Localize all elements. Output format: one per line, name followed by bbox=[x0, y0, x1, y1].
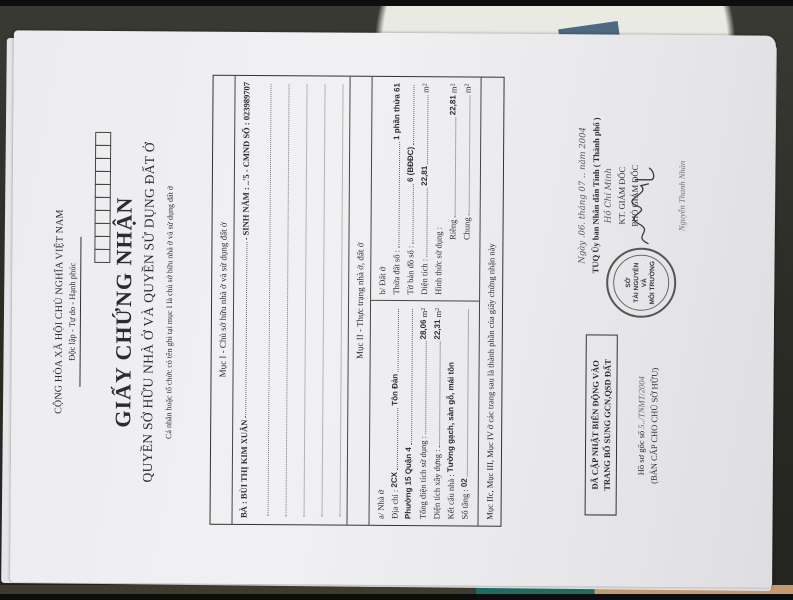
update-status-box: ĐÃ CẬP NHẬT BIẾN ĐỘNG VÀO TRANG BỔ SUNG … bbox=[585, 334, 618, 515]
land-area: 22,81 bbox=[418, 166, 432, 186]
bottom-black-bar bbox=[0, 594, 793, 600]
certificate-title: GIẤY CHỨNG NHẬN bbox=[109, 72, 138, 552]
house-ward-row: Phường 15 Quận 4 bbox=[402, 308, 417, 520]
nation-motto: Độc lập - Tự do - Hạnh phúc bbox=[65, 72, 78, 552]
house-heading: a/ Nhà ở bbox=[374, 307, 389, 519]
owner-name: BÀ : BÙI THỊ KIM XUÂN bbox=[239, 420, 250, 518]
house-total-area-row: Tổng diện tích sử dụng : 28,06 m2 bbox=[416, 308, 431, 520]
serial-box bbox=[95, 132, 111, 146]
dotted-fill bbox=[239, 242, 247, 417]
house-address-number: 2CX bbox=[388, 472, 402, 488]
national-header: CỘNG HÒA XÃ HỘI CHỦ NGHĨA VIỆT NAM Độc l… bbox=[52, 72, 82, 552]
section-2-title: Mục II - Thực trạng nhà ở, đất ở bbox=[347, 77, 372, 525]
serial-box bbox=[95, 197, 111, 211]
blank-line bbox=[323, 85, 344, 517]
certificate-document: CỘNG HÒA XÃ HỘI CHỦ NGHĨA VIỆT NAM Độc l… bbox=[44, 72, 697, 557]
house-build-area-row: Diện tích xây dựng : 22,31 m2 bbox=[430, 308, 445, 520]
house-floors: 02 bbox=[458, 478, 472, 487]
serial-box bbox=[95, 210, 111, 224]
serial-box bbox=[94, 249, 110, 263]
certificate-paper: CỘNG HÒA XÃ HỘI CHỦ NGHĨA VIỆT NAM Độc l… bbox=[10, 30, 776, 587]
section-2: Mục II - Thực trạng nhà ở, đất ở a/ Nhà … bbox=[346, 77, 480, 526]
land-area-row: Diện tích : 22,81 m2 bbox=[417, 83, 432, 295]
archive-number: 5../TNMT/2004 bbox=[636, 376, 646, 429]
section-1-title: Mục I - Chủ sở hữu nhà ở và sử dụng đất … bbox=[210, 76, 235, 524]
header-rule bbox=[79, 237, 81, 387]
land-heading: b/ Đất ở bbox=[375, 83, 390, 295]
serial-box bbox=[94, 223, 110, 237]
owner-birth-year: - SINH NĂM : ..'5 bbox=[240, 174, 250, 240]
serial-box bbox=[95, 158, 111, 172]
land-map-sheet: 6 (BĐĐC) bbox=[404, 147, 418, 182]
house-floors-row: Số tầng : 02 bbox=[458, 308, 473, 520]
section-2-columns: a/ Nhà ở Địa chỉ : 2CX Tôn Đản Phường 15… bbox=[369, 77, 480, 526]
house-address-row: Địa chỉ : 2CX Tôn Đản bbox=[388, 307, 403, 519]
signer-name: Nguyễn Thanh Nhàn bbox=[675, 76, 690, 316]
owner-id-number: - CMND SỐ : 023989707 bbox=[241, 82, 252, 172]
top-black-bar bbox=[0, 0, 793, 6]
nation-name: CỘNG HÒA XÃ HỘI CHỦ NGHĨA VIỆT NAM bbox=[52, 72, 66, 552]
land-private-area: 22,81 bbox=[446, 95, 460, 115]
land-private-row: Riêng 22,81 m2 bbox=[445, 83, 460, 295]
house-street: Tôn Đản bbox=[388, 374, 402, 406]
certificate-intro: Cá nhân hoặc tổ chức có tên ghi tại mục … bbox=[163, 72, 175, 552]
official-stamp-icon: SỞ TÀI NGUYÊN VÀ MÔI TRƯỜNG bbox=[606, 247, 676, 317]
copy-note: (BẢN CẤP CHO CHỦ SỞ HỮU) bbox=[648, 336, 662, 516]
serial-box bbox=[95, 184, 111, 198]
land-map-sheet-row: Tờ bản đồ số : 6 (BĐĐC) bbox=[403, 83, 418, 295]
serial-box bbox=[95, 171, 111, 185]
house-column: a/ Nhà ở Địa chỉ : 2CX Tôn Đản Phường 15… bbox=[369, 301, 479, 525]
serial-box bbox=[95, 145, 111, 159]
land-parcel: 1 phần thửa 61 bbox=[390, 83, 404, 140]
certificate-subtitle: QUYỀN SỞ HỮU NHÀ Ở VÀ QUYỀN SỬ DỤNG ĐẤT … bbox=[139, 72, 158, 552]
land-parcel-row: Thửa đất số : 1 phần thửa 61 bbox=[389, 83, 404, 295]
certificate-frame: Mục I - Chủ sở hữu nhà ở và sử dụng đất … bbox=[209, 75, 504, 527]
archive-label: Hồ sơ gốc số bbox=[636, 431, 646, 475]
land-column: b/ Đất ở Thửa đất số : 1 phần thửa 61 Tờ… bbox=[371, 77, 481, 302]
house-structure: Tường gạch, sàn gỗ, mái tôn bbox=[444, 362, 459, 472]
house-total-area: 28,06 bbox=[417, 319, 431, 339]
serial-box bbox=[94, 236, 110, 250]
handwritten-signature-icon bbox=[626, 166, 657, 246]
footer-note: Mục IIc, Mục III, Mục IV ở các trang sau… bbox=[477, 78, 503, 526]
land-shared-row: Chung m2 bbox=[459, 83, 474, 295]
land-usage-row: Hình thức sử dụng : bbox=[431, 83, 446, 295]
serial-number-boxes bbox=[94, 132, 111, 262]
house-structure-row: Kết cấu nhà : Tường gạch, sàn gỗ, mái tô… bbox=[444, 308, 459, 520]
house-ward: Phường 15 Quận 4 bbox=[402, 447, 417, 519]
archive-info: Hồ sơ gốc số 5../TNMT/2004 (BẢN CẤP CHO … bbox=[635, 336, 662, 516]
house-build-area: 22,31 bbox=[431, 320, 445, 340]
